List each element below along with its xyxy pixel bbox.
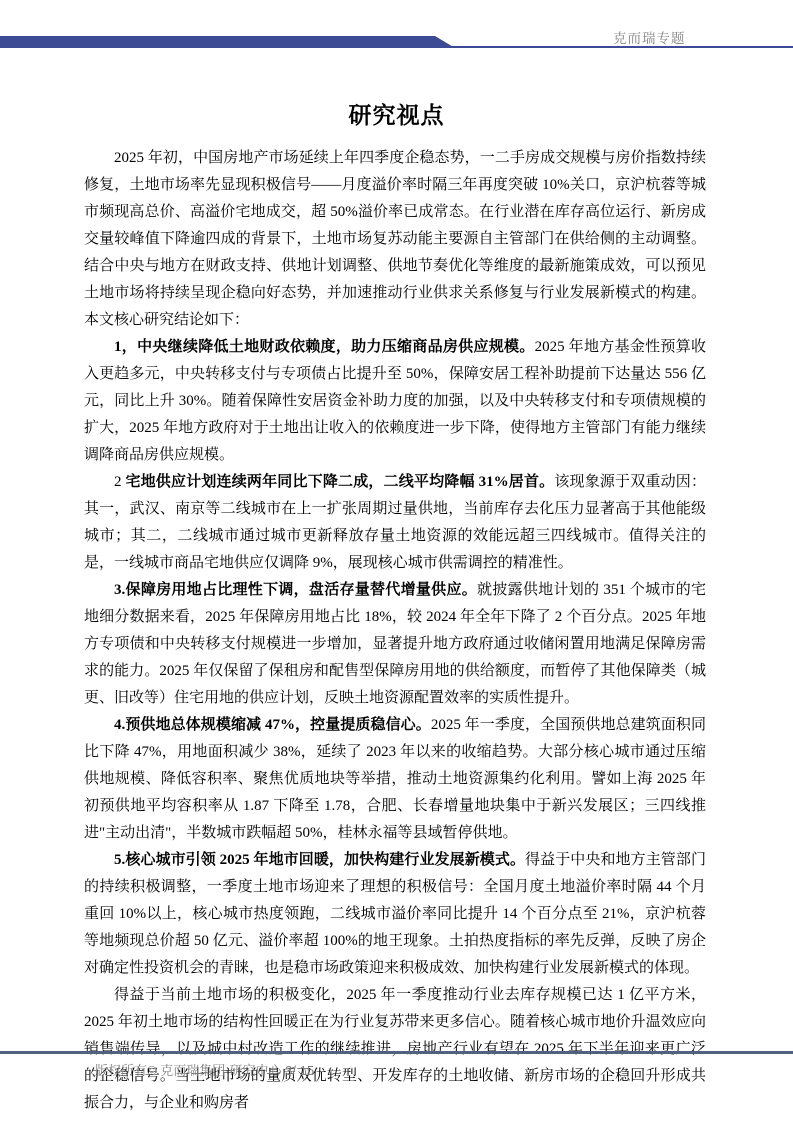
header-brand-label: 克而瑞专题 [613,27,686,47]
footer: 版权所有© 克而瑞集团·研究中心 3/ 15 [95,1060,314,1079]
document-page: 克而瑞专题 研究视点 2025 年初，中国房地产市场延续上年四季度企稳态势，一二… [0,0,793,1122]
paragraph-prefix: 2 [114,474,125,490]
paragraph-lead: 5.核心城市引领 2025 年地市回暖，加快构建行业发展新模式。 [114,852,525,868]
footer-rule [0,1051,793,1054]
paragraph-lead: 3.保障房用地占比理性下调，盘活存量替代增量供应。 [114,582,477,598]
paragraph-lead: 宅地供应计划连续两年同比下降二成，二线平均降幅 31%居首。 [125,474,554,490]
point-4-paragraph: 4.预供地总体规模缩减 47%，控量提质稳信心。2025 年一季度，全国预供地总… [84,712,706,847]
document-body: 2025 年初，中国房地产市场延续上年四季度企稳态势，一二手房成交规模与房价指数… [84,145,706,1117]
page-number: 3/ 15 [285,1063,314,1078]
paragraph-text: 2025 年初，中国房地产市场延续上年四季度企稳态势，一二手房成交规模与房价指数… [84,150,706,328]
paragraph-text: 2025 年一季度，全国预供地总建筑面积同比下降 47%，用地面积减少 38%，… [84,717,706,841]
closing-paragraph: 得益于当前土地市场的积极变化，2025 年一季度推动行业去库存规模已达 1 亿平… [84,982,706,1117]
intro-paragraph: 2025 年初，中国房地产市场延续上年四季度企稳态势，一二手房成交规模与房价指数… [84,145,706,334]
copyright-text: 版权所有© 克而瑞集团·研究中心 [95,1063,282,1078]
paragraph-text: 2025 年地方基金性预算收入更趋多元，中央转移支付与专项债占比提升至 50%，… [84,339,706,463]
header-accent-bar [0,36,455,48]
point-3-paragraph: 3.保障房用地占比理性下调，盘活存量替代增量供应。就披露供地计划的 351 个城… [84,577,706,712]
page-title: 研究视点 [0,97,793,130]
point-1-paragraph: 1，中央继续降低土地财政依赖度，助力压缩商品房供应规模。2025 年地方基金性预… [84,334,706,469]
paragraph-lead: 1，中央继续降低土地财政依赖度，助力压缩商品房供应规模。 [114,339,535,355]
point-5-paragraph: 5.核心城市引领 2025 年地市回暖，加快构建行业发展新模式。得益于中央和地方… [84,847,706,982]
point-2-paragraph: 2 宅地供应计划连续两年同比下降二成，二线平均降幅 31%居首。该现象源于双重动… [84,469,706,577]
paragraph-text: 得益于中央和地方主管部门的持续积极调整，一季度土地市场迎来了理想的积极信号：全国… [84,852,706,976]
paragraph-text: 就披露供地计划的 351 个城市的宅地细分数据来看，2025 年保障房用地占比 … [84,582,706,706]
paragraph-text: 得益于当前土地市场的积极变化，2025 年一季度推动行业去库存规模已达 1 亿平… [84,987,706,1111]
paragraph-lead: 4.预供地总体规模缩减 47%，控量提质稳信心。 [114,717,431,733]
